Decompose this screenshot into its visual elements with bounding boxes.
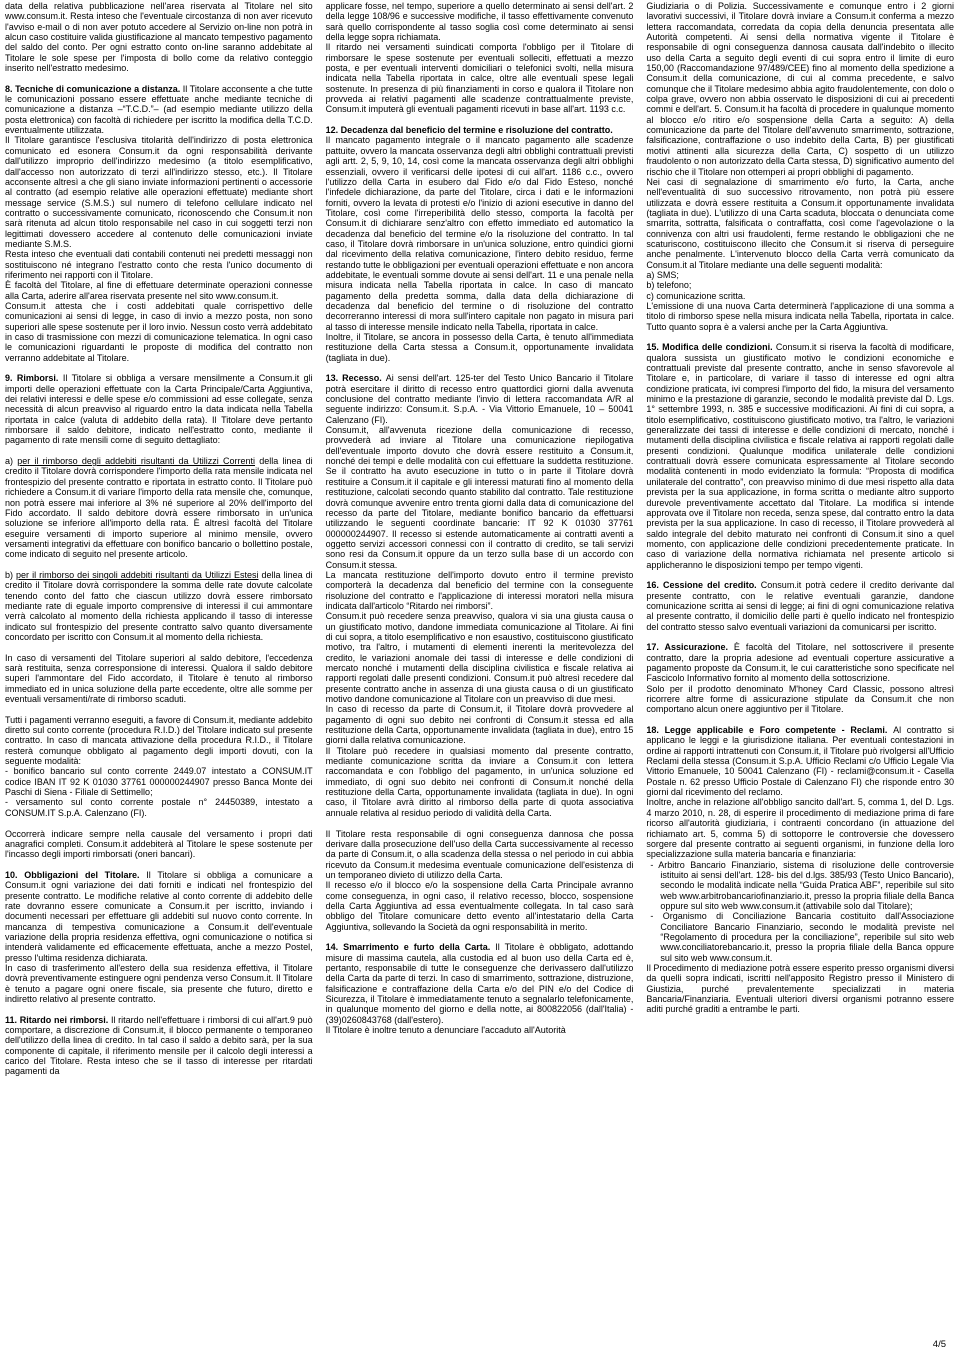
paragraph: In caso di versamenti del Titolare super… (5, 653, 313, 705)
paragraph: - Arbitro Bancario Finanziario, sistema … (646, 860, 954, 912)
paragraph: Tutti i pagamenti verranno eseguiti, a f… (5, 715, 313, 767)
section-heading-paragraph: 8. Tecniche di comunicazione a distanza.… (5, 84, 313, 136)
paragraph: - versamento sul conto corrente postale … (5, 797, 313, 818)
paragraph: data della relativa pubblicazione nell'a… (5, 1, 313, 73)
section-heading-paragraph: 15. Modifica delle condizioni. Consum.it… (646, 342, 954, 570)
paragraph: - Organismo di Conciliazione Bancaria co… (646, 911, 954, 963)
section-heading-paragraph: 10. Obbligazioni del Titolare. Il Titola… (5, 870, 313, 963)
contract-page: data della relativa pubblicazione nell'a… (0, 0, 960, 1357)
paragraph: Inoltre, il Titolare, se ancora in posse… (326, 332, 634, 363)
paragraph: Il Titolare può recedere in qualsiasi mo… (326, 746, 634, 818)
paragraph: a) SMS; (646, 270, 954, 280)
paragraph: Il Procedimento di mediazione potrà esse… (646, 963, 954, 1015)
section-heading-paragraph: 9. Rimborsi. Il Titolare si obbliga a ve… (5, 373, 313, 445)
paragraph: Il Titolare resta responsabile di ogni c… (326, 829, 634, 881)
paragraph: Consum.it può recedere senza preavviso, … (326, 611, 634, 704)
paragraph: Nei casi di segnalazione di smarrimento … (646, 177, 954, 270)
section-heading-paragraph: 11. Ritardo nei rimborsi. Il ritardo nel… (5, 1015, 313, 1077)
column-3: Giudiziaria o di Polizia. Successivament… (646, 1, 954, 1357)
paragraph: Inoltre, anche in relazione all'obbligo … (646, 797, 954, 859)
paragraph: applicare fosse, nel tempo, superiore a … (326, 1, 634, 42)
section-heading-paragraph: 17. Assicurazione. È facoltà del Titolar… (646, 642, 954, 683)
paragraph: In caso di trasferimento all'estero dell… (5, 963, 313, 1004)
paragraph: La mancata restituzione dell'importo dov… (326, 570, 634, 611)
section-heading-paragraph: 18. Legge applicabile e Foro competente … (646, 725, 954, 797)
section-heading-paragraph: 13. Recesso. Ai sensi dell'art. 125-ter … (326, 373, 634, 425)
section-heading-paragraph: 16. Cessione del credito. Consum.it potr… (646, 580, 954, 632)
paragraph: c) comunicazione scritta. (646, 291, 954, 301)
paragraph: È facoltà del Titolare, al fine di effet… (5, 280, 313, 301)
column-2: applicare fosse, nel tempo, superiore a … (326, 1, 634, 1357)
paragraph: b) per il rimborso dei singoli addebiti … (5, 570, 313, 642)
paragraph: Il mancato pagamento integrale o il manc… (326, 135, 634, 332)
section-heading-paragraph: 14. Smarrimento e furto della Carta. Il … (326, 942, 634, 1025)
paragraph: Il ritardo nei versamenti suindicati com… (326, 42, 634, 114)
paragraph: - bonifico bancario sul conto corrente 2… (5, 766, 313, 797)
section-heading-paragraph: 12. Decadenza dal beneficio del termine … (326, 125, 634, 135)
paragraph: Il Titolare è inoltre tenuto a denunciar… (326, 1025, 634, 1035)
paragraph: Solo per il prodotto denominato M'honey … (646, 684, 954, 715)
paragraph: In caso di recesso da parte di Consum.it… (326, 704, 634, 745)
paragraph: Occorrerà indicare sempre nella causale … (5, 829, 313, 860)
paragraph: Consum.it attesta che i costi addebitati… (5, 301, 313, 363)
paragraph: Giudiziaria o di Polizia. Successivament… (646, 1, 954, 177)
paragraph: Resta inteso che eventuali dati contabil… (5, 249, 313, 280)
column-1: data della relativa pubblicazione nell'a… (5, 1, 313, 1357)
paragraph: Il Titolare garantisce l'esclusiva titol… (5, 135, 313, 249)
paragraph: L'emissione di una nuova Carta determine… (646, 301, 954, 332)
page-number: 4/5 (933, 1340, 946, 1350)
paragraph: Consum.it, all'avvenuta ricezione della … (326, 425, 634, 570)
paragraph: Il recesso e/o il blocco e/o la sospensi… (326, 880, 634, 932)
paragraph: b) telefono; (646, 280, 954, 290)
paragraph: a) per il rimborso degli addebiti risult… (5, 456, 313, 559)
